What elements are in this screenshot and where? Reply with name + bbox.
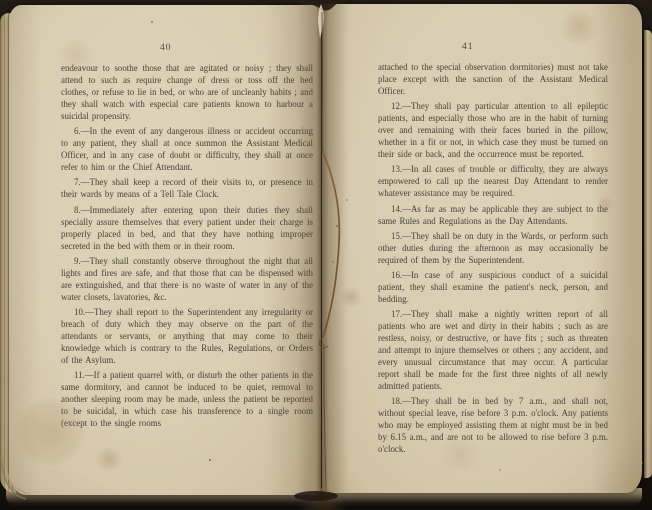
page-number-right: 41 bbox=[462, 42, 474, 52]
paragraph: 13.—In all cases of trouble or difficult… bbox=[378, 163, 608, 199]
page-text-left: endeavour to soothe those that are agita… bbox=[61, 62, 313, 432]
paragraph: 8.—Immediately after entering upon their… bbox=[61, 204, 313, 252]
page-number-left: 40 bbox=[160, 43, 172, 53]
paragraph: attached to the special observation dorm… bbox=[378, 61, 608, 97]
paragraph: 6.—In the event of any dangerous illness… bbox=[61, 125, 313, 173]
paragraph: 11.—If a patient quarrel with, or distur… bbox=[61, 369, 313, 429]
paragraph: 17.—They shall make a nightly written re… bbox=[378, 308, 608, 392]
paragraph: 14.—As far as may be applicable they are… bbox=[378, 203, 608, 227]
page-left: 40 endeavour to soothe those that are ag… bbox=[9, 5, 321, 495]
paragraph: 18.—They shall be in bed by 7 a.m., and … bbox=[378, 395, 608, 455]
paragraph: 15.—They shall be on duty in the Wards, … bbox=[378, 230, 608, 266]
paragraph: 7.—They shall keep a record of their vis… bbox=[61, 176, 313, 200]
paragraph: 10.—They shall report to the Superintend… bbox=[61, 306, 313, 366]
page-edges-right bbox=[644, 30, 652, 478]
paragraph: 12.—They shall pay particular attention … bbox=[378, 100, 608, 160]
paragraph: 16.—In case of any suspicious conduct of… bbox=[378, 269, 608, 305]
book-scan: 40 endeavour to soothe those that are ag… bbox=[0, 0, 652, 510]
paragraph: 9.—They shall constantly observe through… bbox=[61, 255, 313, 303]
page-text-right: attached to the special observation dorm… bbox=[378, 61, 608, 458]
paragraph: endeavour to soothe those that are agita… bbox=[61, 62, 313, 122]
page-right: 41 attached to the special observation d… bbox=[322, 4, 642, 493]
